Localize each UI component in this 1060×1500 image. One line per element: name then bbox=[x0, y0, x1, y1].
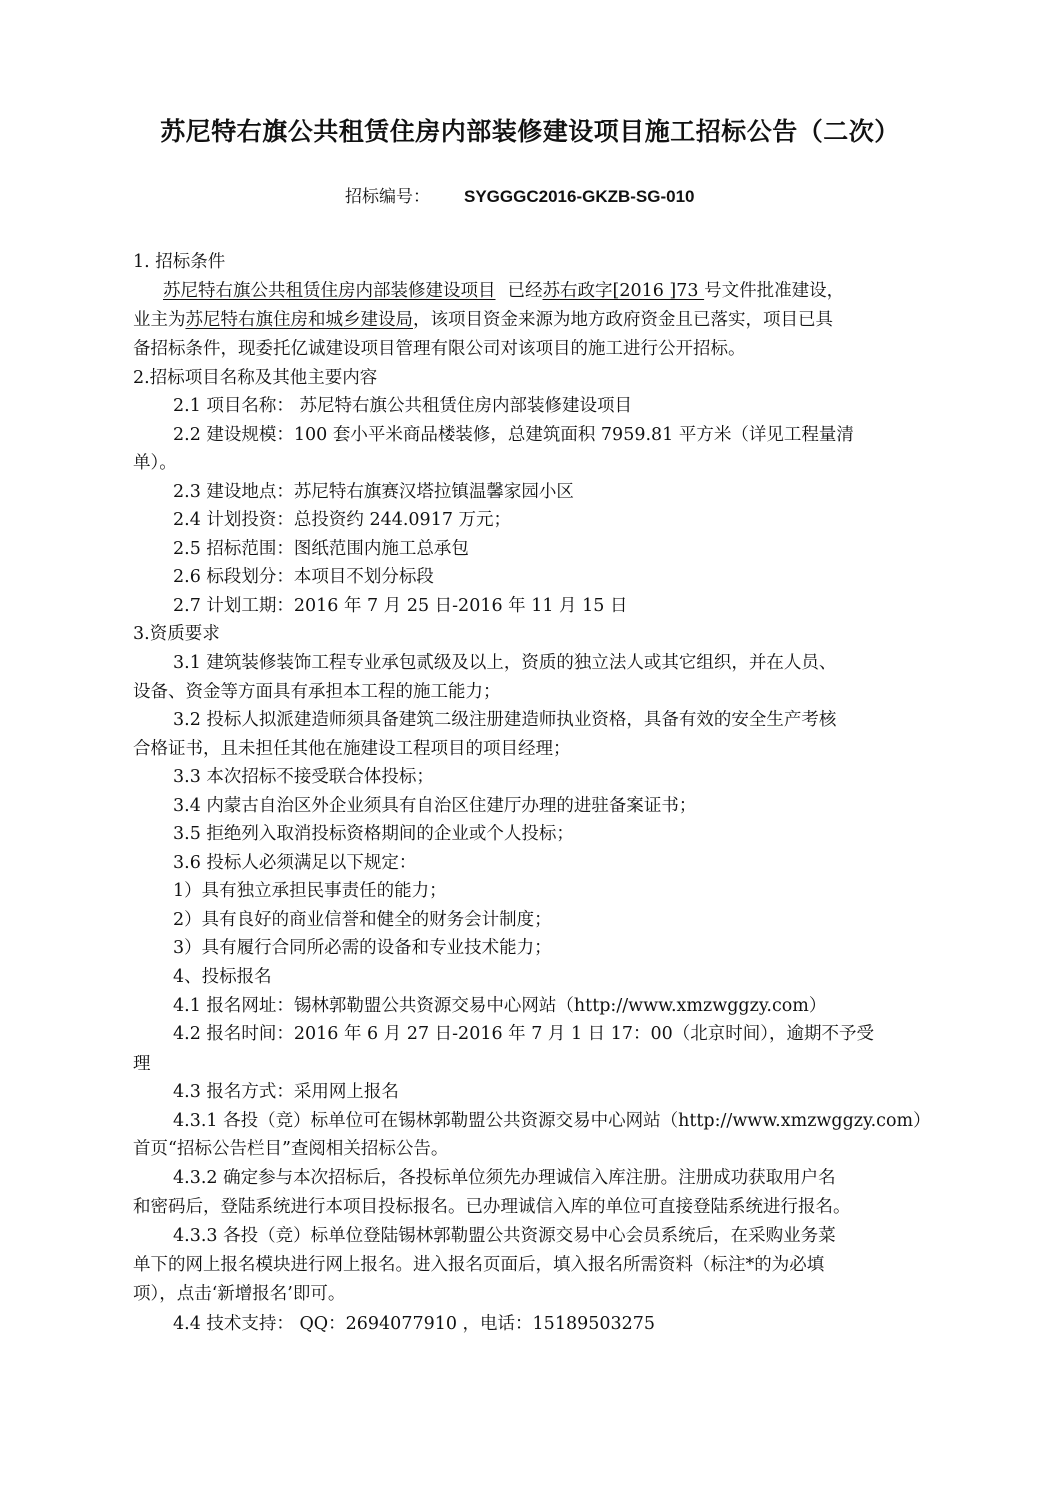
owner-name: 苏尼特右旗住房和城乡建设局 bbox=[186, 310, 414, 330]
section3-item: 3.1 建筑装修装饰工程专业承包贰级及以上，资质的独立法人或其它组织，并在人员、 bbox=[173, 651, 836, 675]
section4-item-continued: 单下的网上报名模块进行网上报名。进入报名页面后，填入报名所需资料（标注*的为必填 bbox=[133, 1253, 824, 1277]
text-fragment: 号文件批准建设， bbox=[704, 281, 844, 301]
tender-code: 招标编号：SYGGGC2016-GKZB-SG-010 bbox=[345, 182, 695, 207]
section2-item: 2.6 标段划分：本项目不划分标段 bbox=[173, 565, 434, 589]
section3-item: 3.3 本次招标不接受联合体投标； bbox=[173, 765, 434, 789]
section4-item: 4.2 报名时间：2016 年 6 月 27 日-2016 年 7 月 1 日 … bbox=[173, 1022, 874, 1046]
section2-item-continued: 单）。 bbox=[133, 451, 177, 475]
section3-item: 3.2 投标人拟派建造师须具备建筑二级注册建造师执业资格，具备有效的安全生产考核 bbox=[173, 708, 836, 732]
section2-heading: 2.招标项目名称及其他主要内容 bbox=[133, 366, 377, 390]
section3-heading: 3.资质要求 bbox=[133, 622, 220, 646]
tender-code-value: SYGGGC2016-GKZB-SG-010 bbox=[464, 187, 695, 206]
section1-paragraph-line1: 苏尼特右旗公共租赁住房内部装修建设项目已经苏右政字[2016 ]73 号文件批准… bbox=[133, 279, 844, 303]
section2-item: 2.2 建设规模：100 套小平米商品楼装修，总建筑面积 7959.81 平方米… bbox=[173, 423, 854, 447]
text-fragment: ，该项目资金来源为地方政府资金且已落实，项目已具 bbox=[413, 310, 833, 330]
section3-item: 3.6 投标人必须满足以下规定： bbox=[173, 851, 416, 875]
section4-item-continued: 首页“招标公告栏目”查阅相关招标公告。 bbox=[133, 1137, 448, 1161]
section3-item: 3.5 拒绝列入取消投标资格期间的企业或个人投标； bbox=[173, 822, 574, 846]
section3-sub-item: 1）具有独立承担民事责任的能力； bbox=[173, 879, 447, 903]
section4-item-continued: 和密码后，登陆系统进行本项目投标报名。已办理诚信入库的单位可直接登陆系统进行报名… bbox=[133, 1195, 851, 1219]
tender-code-label: 招标编号： bbox=[345, 187, 430, 207]
section4-item: 4.3.1 各投（竞）标单位可在锡林郭勒盟公共资源交易中心网站（http://w… bbox=[173, 1109, 931, 1133]
section3-item-continued: 合格证书，且未担任其他在施建设工程项目的项目经理； bbox=[133, 737, 571, 761]
text-fragment: 业主为 bbox=[133, 310, 186, 330]
document-title: 苏尼特右旗公共租赁住房内部装修建设项目施工招标公告（二次） bbox=[0, 112, 1060, 148]
text-fragment: 已经 bbox=[508, 281, 543, 301]
section4-item-continued: 理 bbox=[133, 1052, 151, 1076]
section1-paragraph-line3: 备招标条件，现委托亿诚建设项目管理有限公司对该项目的施工进行公开招标。 bbox=[133, 337, 746, 361]
section3-sub-item: 3）具有履行合同所必需的设备和专业技术能力； bbox=[173, 936, 552, 960]
section2-item: 2.5 招标范围：图纸范围内施工总承包 bbox=[173, 537, 469, 561]
technical-support: 4.4 技术支持： QQ：2694077910 ，电话：15189503275 bbox=[173, 1312, 655, 1336]
section3-item-continued: 设备、资金等方面具有承担本工程的施工能力； bbox=[133, 680, 501, 704]
section2-item: 2.4 计划投资：总投资约 244.0917 万元； bbox=[173, 508, 511, 532]
section1-heading: 1. 招标条件 bbox=[133, 250, 225, 274]
section4-item-continued: 项），点击‘新增报名’即可。 bbox=[133, 1282, 345, 1306]
section2-item: 2.1 项目名称： 苏尼特右旗公共租赁住房内部装修建设项目 bbox=[173, 394, 632, 418]
document-reference: 苏右政字[2016 ]73 bbox=[543, 281, 705, 301]
section2-item: 2.7 计划工期：2016 年 7 月 25 日-2016 年 11 月 15 … bbox=[173, 594, 627, 618]
section4-item: 4.1 报名网址：锡林郭勒盟公共资源交易中心网站（http://www.xmzw… bbox=[173, 994, 826, 1018]
section3-item: 3.4 内蒙古自治区外企业须具有自治区住建厅办理的进驻备案证书； bbox=[173, 794, 696, 818]
section4-item: 4.3.3 各投（竞）标单位登陆锡林郭勒盟公共资源交易中心会员系统后，在采购业务… bbox=[173, 1224, 836, 1248]
project-name: 苏尼特右旗公共租赁住房内部装修建设项目 bbox=[163, 281, 496, 301]
document-page: 苏尼特右旗公共租赁住房内部装修建设项目施工招标公告（二次） 招标编号：SYGGG… bbox=[0, 0, 1060, 1500]
section4-item: 4.3 报名方式：采用网上报名 bbox=[173, 1080, 399, 1104]
section4-heading: 4、投标报名 bbox=[173, 965, 272, 989]
section4-item: 4.3.2 确定参与本次招标后，各投标单位须先办理诚信入库注册。注册成功获取用户… bbox=[173, 1166, 836, 1190]
section3-sub-item: 2）具有良好的商业信誉和健全的财务会计制度； bbox=[173, 908, 552, 932]
section1-paragraph-line2: 业主为苏尼特右旗住房和城乡建设局，该项目资金来源为地方政府资金且已落实，项目已具 bbox=[133, 308, 833, 332]
section2-item: 2.3 建设地点：苏尼特右旗赛汉塔拉镇温馨家园小区 bbox=[173, 480, 574, 504]
